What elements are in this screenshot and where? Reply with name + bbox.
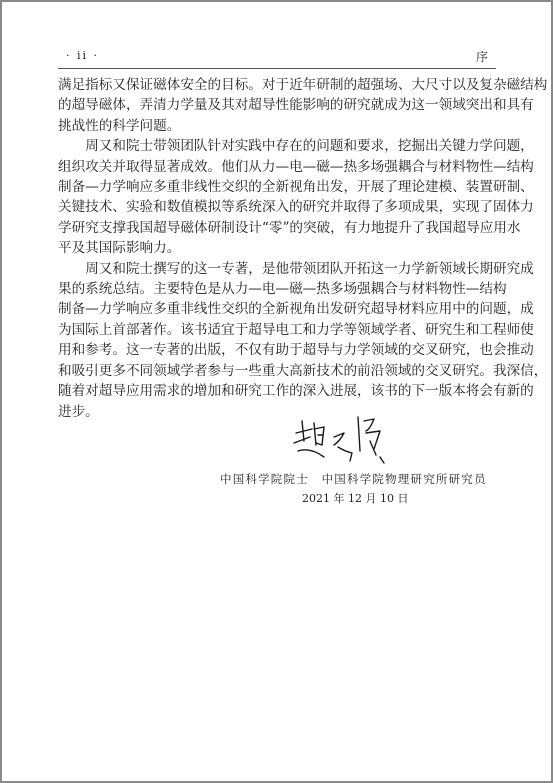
text-line: 组织攻关并取得显著成效。他们从力—电—磁—热多场强耦合与材料物性—结构 <box>58 157 498 177</box>
text-line: 挑战性的科学问题。 <box>58 116 498 136</box>
handwritten-signature <box>290 411 400 471</box>
text-line: 果的系统总结。主要特色是从力—电—磁—热多场强耦合与材料物性—结构 <box>58 279 498 299</box>
paragraph-2: 周又和院士带领团队针对实践中存在的问题和要求，挖掘出关键力学问题， 组织攻关并取… <box>58 136 498 258</box>
signing-date: 2021 年 12 月 10 日 <box>302 490 408 506</box>
text-line: 周又和院士带领团队针对实践中存在的问题和要求，挖掘出关键力学问题， <box>58 136 498 156</box>
text-line: 满足指标又保证磁体安全的目标。对于近年研制的超强场、大尺寸以及复杂磁结构 <box>58 75 498 95</box>
text-line: 学研究支撑我国超导磁体研制设计“零”的突破，有力地提升了我国超导应用水 <box>58 218 498 238</box>
text-line: 关键技术、实验和数值模拟等系统深入的研究并取得了多项成果，实现了固体力 <box>58 197 498 217</box>
text-line: 为国际上首部著作。该书适宜于超导电工和力学等领域学者、研究生和工程师使 <box>58 320 498 340</box>
text-line: 和吸引更多不同领域学者参与一些重大高新技术的前沿领域的交叉研究。我深信， <box>58 361 498 381</box>
running-title: 序 <box>476 48 488 65</box>
text-line: 周又和院士撰写的这一专著，是他带领团队开拓这一力学新领域长期研究成 <box>58 259 498 279</box>
paragraph-3: 周又和院士撰写的这一专著，是他带领团队开拓这一力学新领域长期研究成 果的系统总结… <box>58 259 498 422</box>
text-line: 进步。 <box>58 402 498 422</box>
text-line: 随着对超导应用需求的增加和研究工作的深入进展，该书的下一版本将会有新的 <box>58 381 498 401</box>
page-header: · ii · 序 <box>58 46 496 69</box>
text-line: 制备—力学响应多重非线性交织的全新视角出发，开展了理论建模、装置研制、 <box>58 177 498 197</box>
page-number: · ii · <box>66 49 99 62</box>
text-line: 的超导磁体，弄清力学量及其对超导性能影响的研究就成为这一领域突出和具有 <box>58 95 498 115</box>
paragraph-1: 满足指标又保证磁体安全的目标。对于近年研制的超强场、大尺寸以及复杂磁结构 的超导… <box>58 75 498 136</box>
text-line: 平及其国际影响力。 <box>58 238 498 258</box>
text-line: 制备—力学响应多重非线性交织的全新视角出发研究超导材料应用中的问题，成 <box>58 299 498 319</box>
signatory-affiliation: 中国科学院院士 中国科学院物理研究所研究员 <box>220 471 487 487</box>
text-line: 用和参考。这一专著的出版，不仅有助于超导与力学领域的交叉研究，也会推动 <box>58 340 498 360</box>
body-text: 满足指标又保证磁体安全的目标。对于近年研制的超强场、大尺寸以及复杂磁结构 的超导… <box>58 75 498 422</box>
document-page: · ii · 序 满足指标又保证磁体安全的目标。对于近年研制的超强场、大尺寸以及… <box>0 0 553 783</box>
